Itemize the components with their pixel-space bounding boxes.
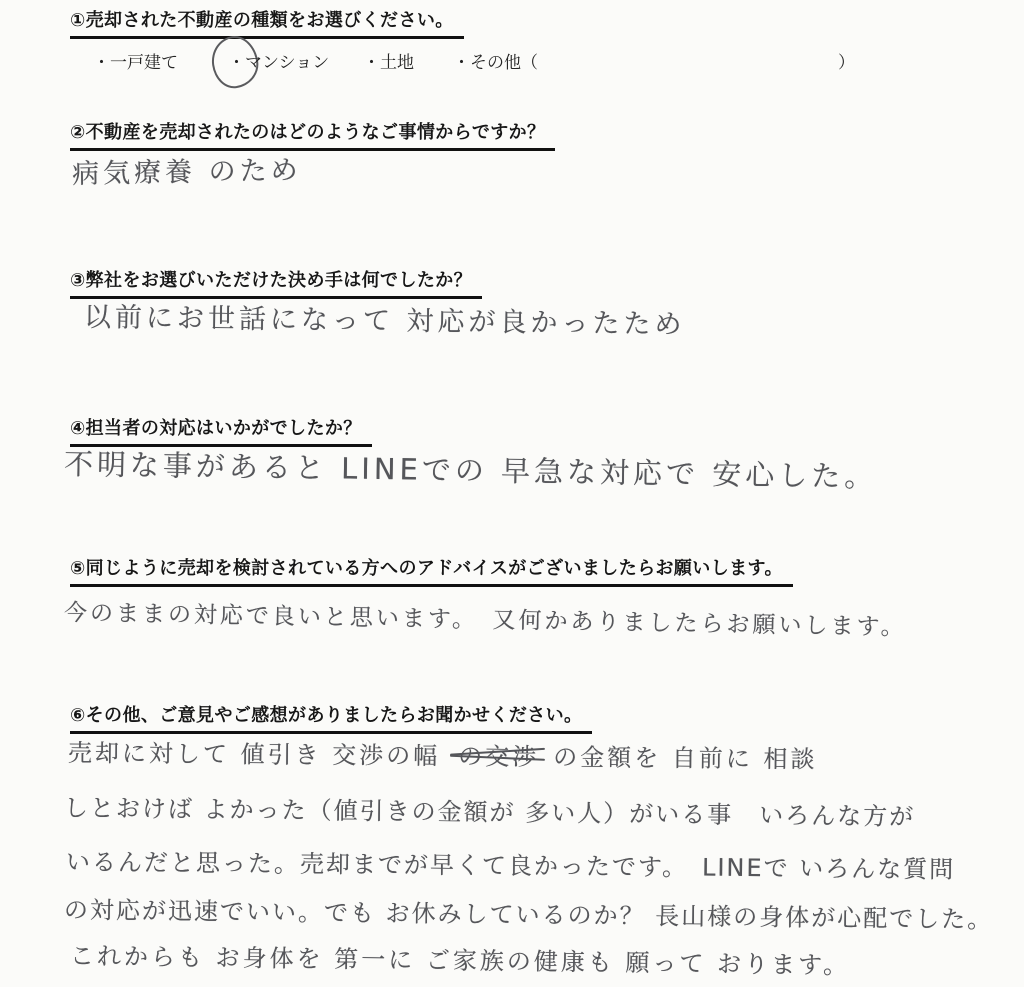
option-land: ・土地 [363,48,414,73]
answer-6-crossed-out-text: の交渉 [458,736,539,772]
question-1-title: ①売却された不動産の種類をお選びください。 [70,6,464,39]
question-3-title: ③弊社をお選びいただけた決め手は何でしたか？ [70,266,482,299]
questionnaire-page: ①売却された不動産の種類をお選びください。 ・一戸建て ・マンション ・土地 ・… [0,0,1024,987]
option-mansion: ・マンション [228,48,329,73]
answer-4-handwriting: 不明な事があると LINEでの 早急な対応で 安心した。 [64,442,878,496]
answer-6-line1-post: の金額を 自前に 相談 [553,743,817,773]
answer-5-handwriting: 今のままの対応で良いと思います。 又何かありましたらお願いします。 [64,594,907,642]
answer-6-line-2: しとおけば よかった（値引きの金額が 多い人）がいる事 いろんな方が [64,788,916,832]
question-5-title: ⑤同じように売却を検討されている方へのアドバイスがございましたらお願いします。 [70,554,793,587]
question-2-title: ②不動産を売却されたのはどのようなご事情からですか？ [70,118,555,151]
answer-2-handwriting: 病気療養 のため [72,148,302,191]
answer-6-line-4: の対応が迅速でいい。でも お休みしているのか？ 長山様の身体が心配でした。 [64,890,994,935]
answer-3-handwriting: 以前にお世話になって 対応が良かったため [84,295,686,341]
answer-6-line-5: これからも お身体を 第一に ご家族の健康も 願って おります。 [70,936,851,981]
option-detached-house: ・一戸建て [93,48,178,73]
question-6-title: ⑥その他、ご意見やご感想がありましたらお聞かせください。 [70,701,592,734]
option-other-close-paren: ） [838,48,855,73]
answer-6-line1-pre: 売却に対して 値引き 交渉の幅 [68,739,440,770]
answer-6-line-3: いるんだと思った。売却までが早くて良かったです。 LINEで いろんな質問 [66,842,956,885]
answer-6-line-1: 売却に対して 値引き 交渉の幅の交渉の金額を 自前に 相談 [68,733,818,775]
option-other-open-paren: ・その他（ [453,48,538,73]
